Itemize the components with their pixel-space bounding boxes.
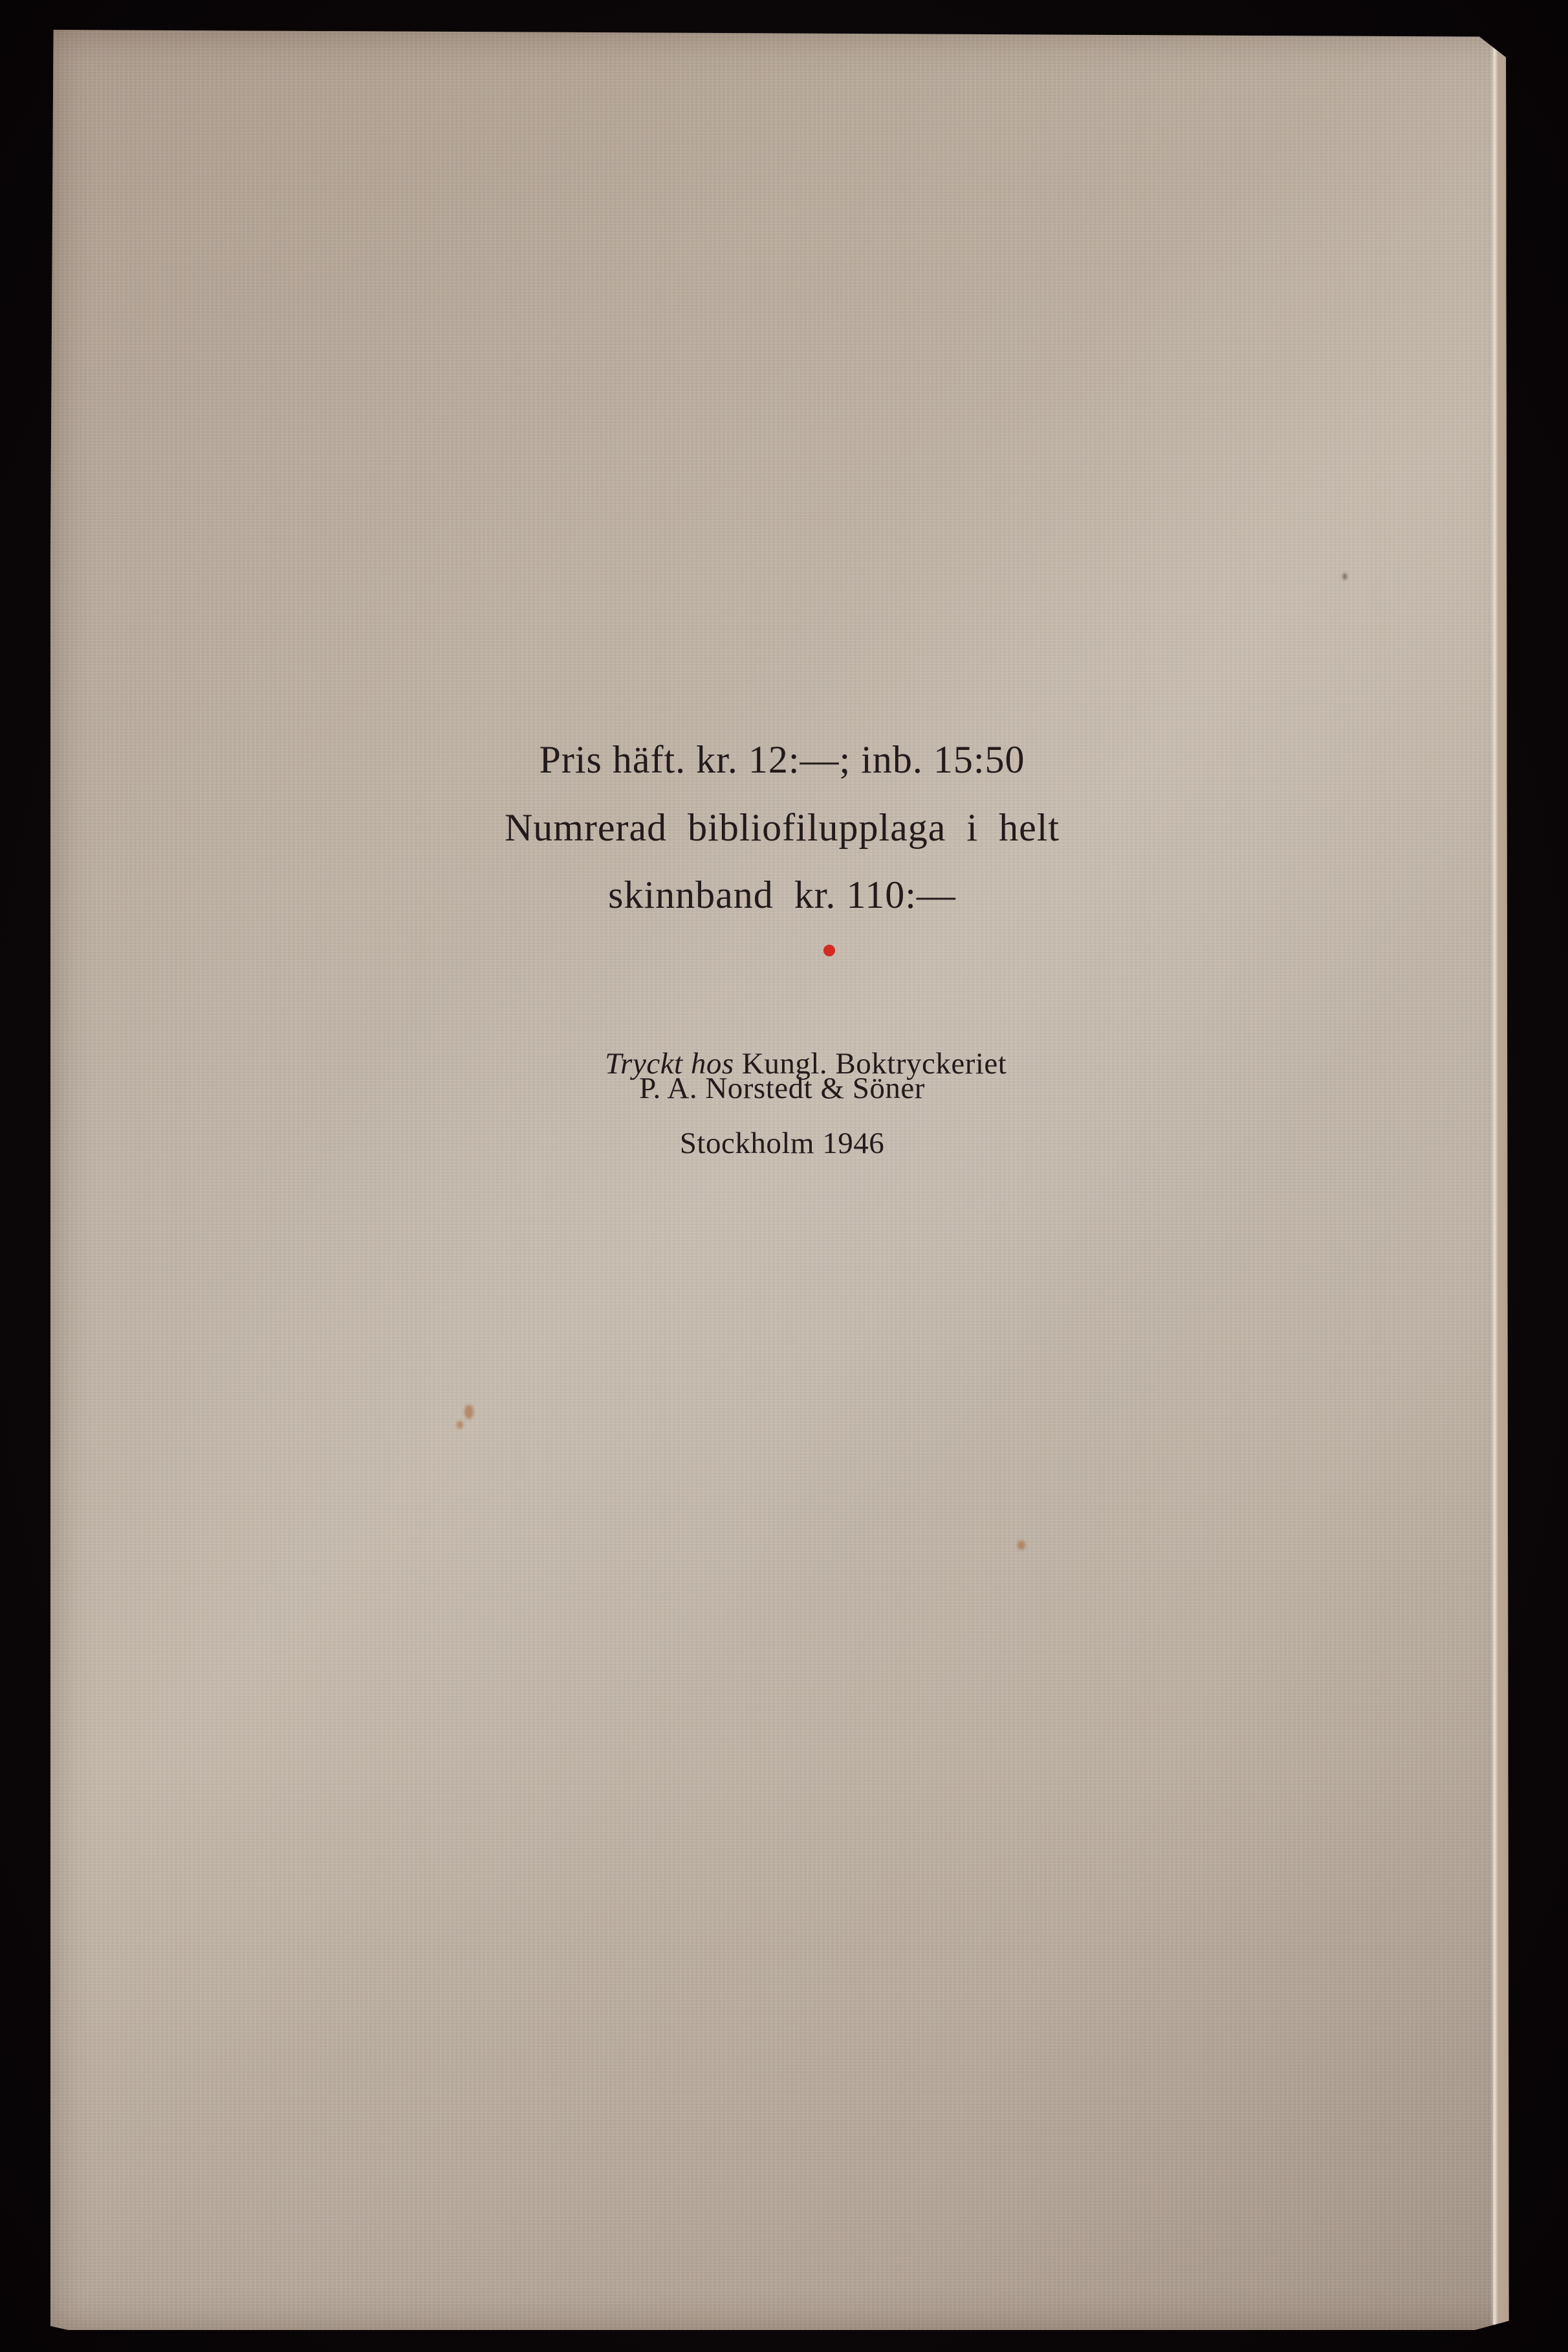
foxing-stain (464, 1405, 474, 1419)
red-dot-ornament (823, 945, 835, 956)
foxing-stain (457, 1421, 463, 1429)
imprint-line-2: P. A. Norstedt & Söner (44, 1073, 1520, 1104)
price-line-3: skinnband kr. 110:— (44, 875, 1520, 914)
foxing-stain (1343, 573, 1347, 580)
price-line-2: Numrerad bibliofilupplaga i helt (44, 808, 1520, 847)
price-line-1: Pris häft. kr. 12:—; inb. 15:50 (44, 740, 1520, 779)
book-back-cover: Pris häft. kr. 12:—; inb. 15:50 Numrerad… (50, 30, 1527, 2330)
imprint-line-3: Stockholm 1946 (44, 1128, 1520, 1159)
foxing-stain (1018, 1541, 1025, 1550)
